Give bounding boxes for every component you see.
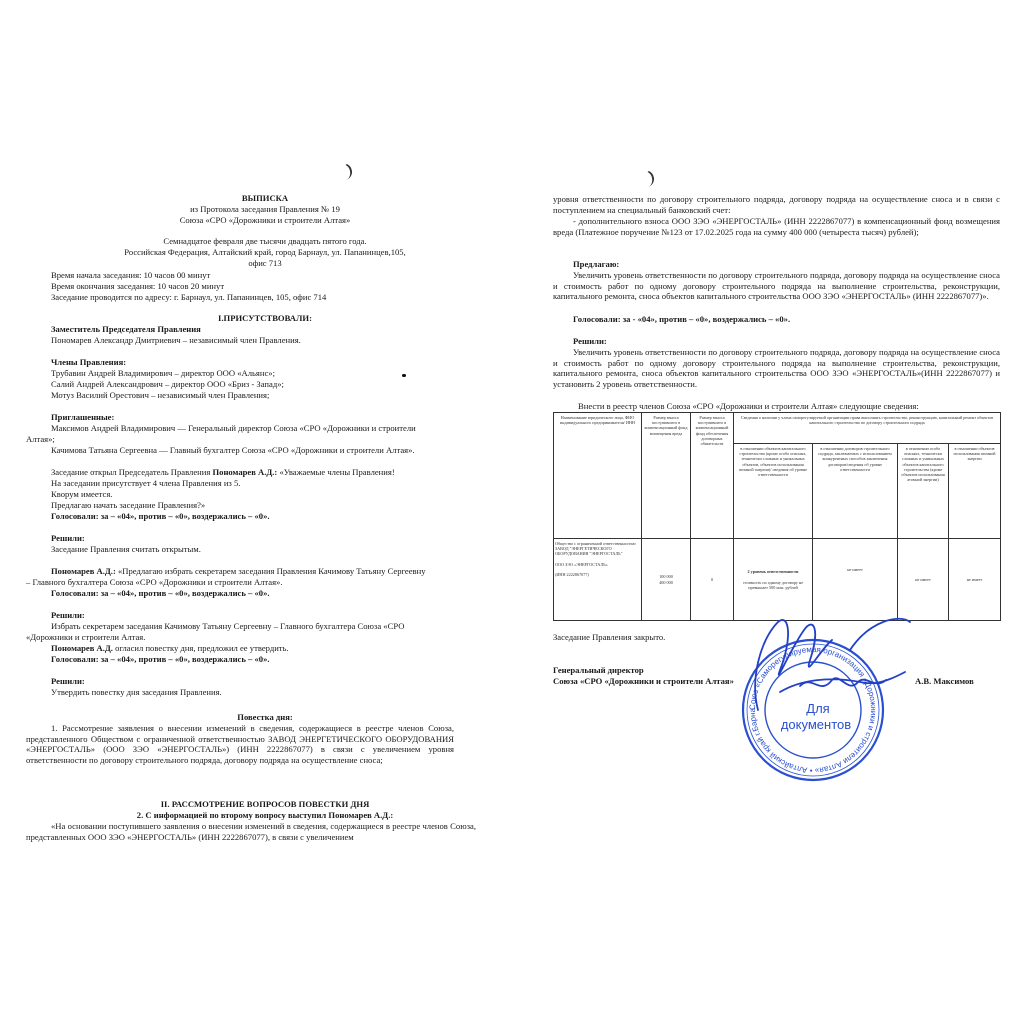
deputy-name: Пономарев Александр Дмитриевич – независ… xyxy=(51,335,301,346)
decided-heading: Решили: xyxy=(573,336,607,347)
member-item: Трубавин Андрей Владимирович – директор … xyxy=(51,368,275,379)
subheader-dangerous: в отношении особо опасных, технически сл… xyxy=(898,444,949,539)
agenda-item: 1. Рассмотрение заявления о внесении изм… xyxy=(26,723,454,765)
cell-atomic: не имеет xyxy=(949,539,1001,621)
hole-punch-mark xyxy=(638,168,656,188)
table-row: Общество с ограниченной ответственностью… xyxy=(554,539,1001,621)
decided-heading: Решили: xyxy=(51,533,85,544)
continuation-text: уровня ответственности по договору строи… xyxy=(553,194,1000,215)
secretary-proposal: Пономарев А.Д.: «Предлагаю избрать секре… xyxy=(51,566,426,577)
decided-heading: Решили: xyxy=(51,610,85,621)
vote-result: Голосовали: за - «04», против – «0», воз… xyxy=(573,314,790,325)
header-harm-fund: Размер взноса поступившего в компенсацио… xyxy=(642,413,691,539)
vote-result: Голосовали: за – «04», против – «0», воз… xyxy=(51,511,270,522)
end-time: Время окончания заседания: 10 часов 20 м… xyxy=(51,281,224,292)
subheader-capital: в отношении объектов капитального строит… xyxy=(734,444,813,539)
member-item: Салий Андрей Александрович – директор ОО… xyxy=(51,379,284,390)
signer-title: Генеральный директор xyxy=(553,665,644,676)
opening-statement: Заседание открыл Председатель Правления … xyxy=(51,467,395,478)
invited-item: Качимова Татьяна Сергеевна — Главный бух… xyxy=(51,445,415,456)
decided-text: Увеличить уровень ответственности по дог… xyxy=(553,347,1000,389)
register-intro: Внести в реестр членов Союза «СРО «Дорож… xyxy=(578,401,919,412)
section-present-title: I.ПРИСУТСТВОВАЛИ: xyxy=(20,313,510,324)
hole-punch-mark xyxy=(336,161,354,181)
section-review-text: «На основании поступившего заявления о в… xyxy=(26,821,476,842)
vote-result: Голосовали: за – «04», против – «0», воз… xyxy=(51,654,270,665)
decision-text: Избрать секретарем заседания Качимову Та… xyxy=(51,621,404,632)
invited-heading: Приглашенные: xyxy=(51,412,114,423)
agenda-title: Повестка дня: xyxy=(20,712,510,723)
opening-line: На заседании присутствует 4 члена Правле… xyxy=(51,478,240,489)
subheader-competitive: в отношении договоров строительного подр… xyxy=(813,444,898,539)
ink-dot xyxy=(402,374,406,377)
opening-line: Предлагаю начать заседание Правления?» xyxy=(51,500,205,511)
subheader-atomic: в отношении объектов использования атомн… xyxy=(949,444,1001,539)
doc-org: Союза «СРО «Дорожники и строители Алтая» xyxy=(20,215,510,226)
decision-text: Утвердить повестку дня заседания Правлен… xyxy=(51,687,222,698)
section-review-sub: 2. С информацией по второму вопросу выст… xyxy=(20,810,510,821)
header-name: Наименование юридического лица, ФИО инди… xyxy=(554,413,642,539)
cell-capital-level: 2 уровень ответственности стоимость по о… xyxy=(734,539,813,621)
decision-text: Заседание Правления считать открытым. xyxy=(51,544,201,555)
decision-text-cont: «Дорожники и строители Алтая. xyxy=(26,632,145,643)
doc-title: ВЫПИСКА xyxy=(20,193,510,204)
opening-line: Кворум имеется. xyxy=(51,489,112,500)
meeting-closed: Заседание Правления закрыто. xyxy=(553,632,665,643)
place-line-2: офис 713 xyxy=(20,258,510,269)
decided-heading: Решили: xyxy=(51,676,85,687)
secretary-proposal-cont: – Главного бухгалтера Союза «СРО «Дорожн… xyxy=(26,577,283,588)
agenda-announcement: Пономарев А.Д. огласил повестку дня, пре… xyxy=(51,643,289,654)
cell-dangerous: не имеет xyxy=(898,539,949,621)
cell-harm-fund: 100 000 400 000 xyxy=(642,539,691,621)
place-line: Российская Федерация, Алтайский край, го… xyxy=(20,247,510,258)
vote-result: Голосовали: за – «04», против – «0», воз… xyxy=(51,588,270,599)
members-heading: Члены Правления: xyxy=(51,357,126,368)
header-contract-fund: Размер взноса поступившего в компенсацио… xyxy=(691,413,734,539)
signer-org: Союза «СРО «Дорожники и строители Алтая» xyxy=(553,676,734,687)
register-table: Наименование юридического лица, ФИО инди… xyxy=(553,412,1001,621)
propose-text: Увеличить уровень ответственности по дог… xyxy=(553,270,1000,302)
invited-item: Максимов Андрей Владимирович — Генеральн… xyxy=(51,423,416,434)
propose-heading: Предлагаю: xyxy=(573,259,619,270)
signature-icon xyxy=(740,610,920,720)
cell-competitive: не имеет xyxy=(813,539,898,621)
cell-contract-fund: 0 xyxy=(691,539,734,621)
cell-org-name: Общество с ограниченной ответственностью… xyxy=(554,539,642,621)
signer-name: А.В. Максимов xyxy=(915,676,974,687)
doc-subtitle: из Протокола заседания Правления № 19 xyxy=(20,204,510,215)
date-line: Семнадцатое февраля две тысячи двадцать … xyxy=(20,236,510,247)
header-rights: Сведения о наличии у члена саморегулируе… xyxy=(734,413,1001,444)
invited-item-cont: Алтая»; xyxy=(26,434,55,445)
payment-text: - дополнительного взноса ООО ЗЭО «ЭНЕРГО… xyxy=(553,216,1000,237)
section-review-title: II. РАССМОТРЕНИЕ ВОПРОСОВ ПОВЕСТКИ ДНЯ xyxy=(20,799,510,810)
start-time: Время начала заседания: 10 часов 00 мину… xyxy=(51,270,210,281)
member-item: Мотуз Василий Орестович – независимый чл… xyxy=(51,390,269,401)
deputy-heading: Заместитель Председателя Правления xyxy=(51,324,201,335)
meeting-address: Заседание проводится по адресу: г. Барна… xyxy=(51,292,326,303)
